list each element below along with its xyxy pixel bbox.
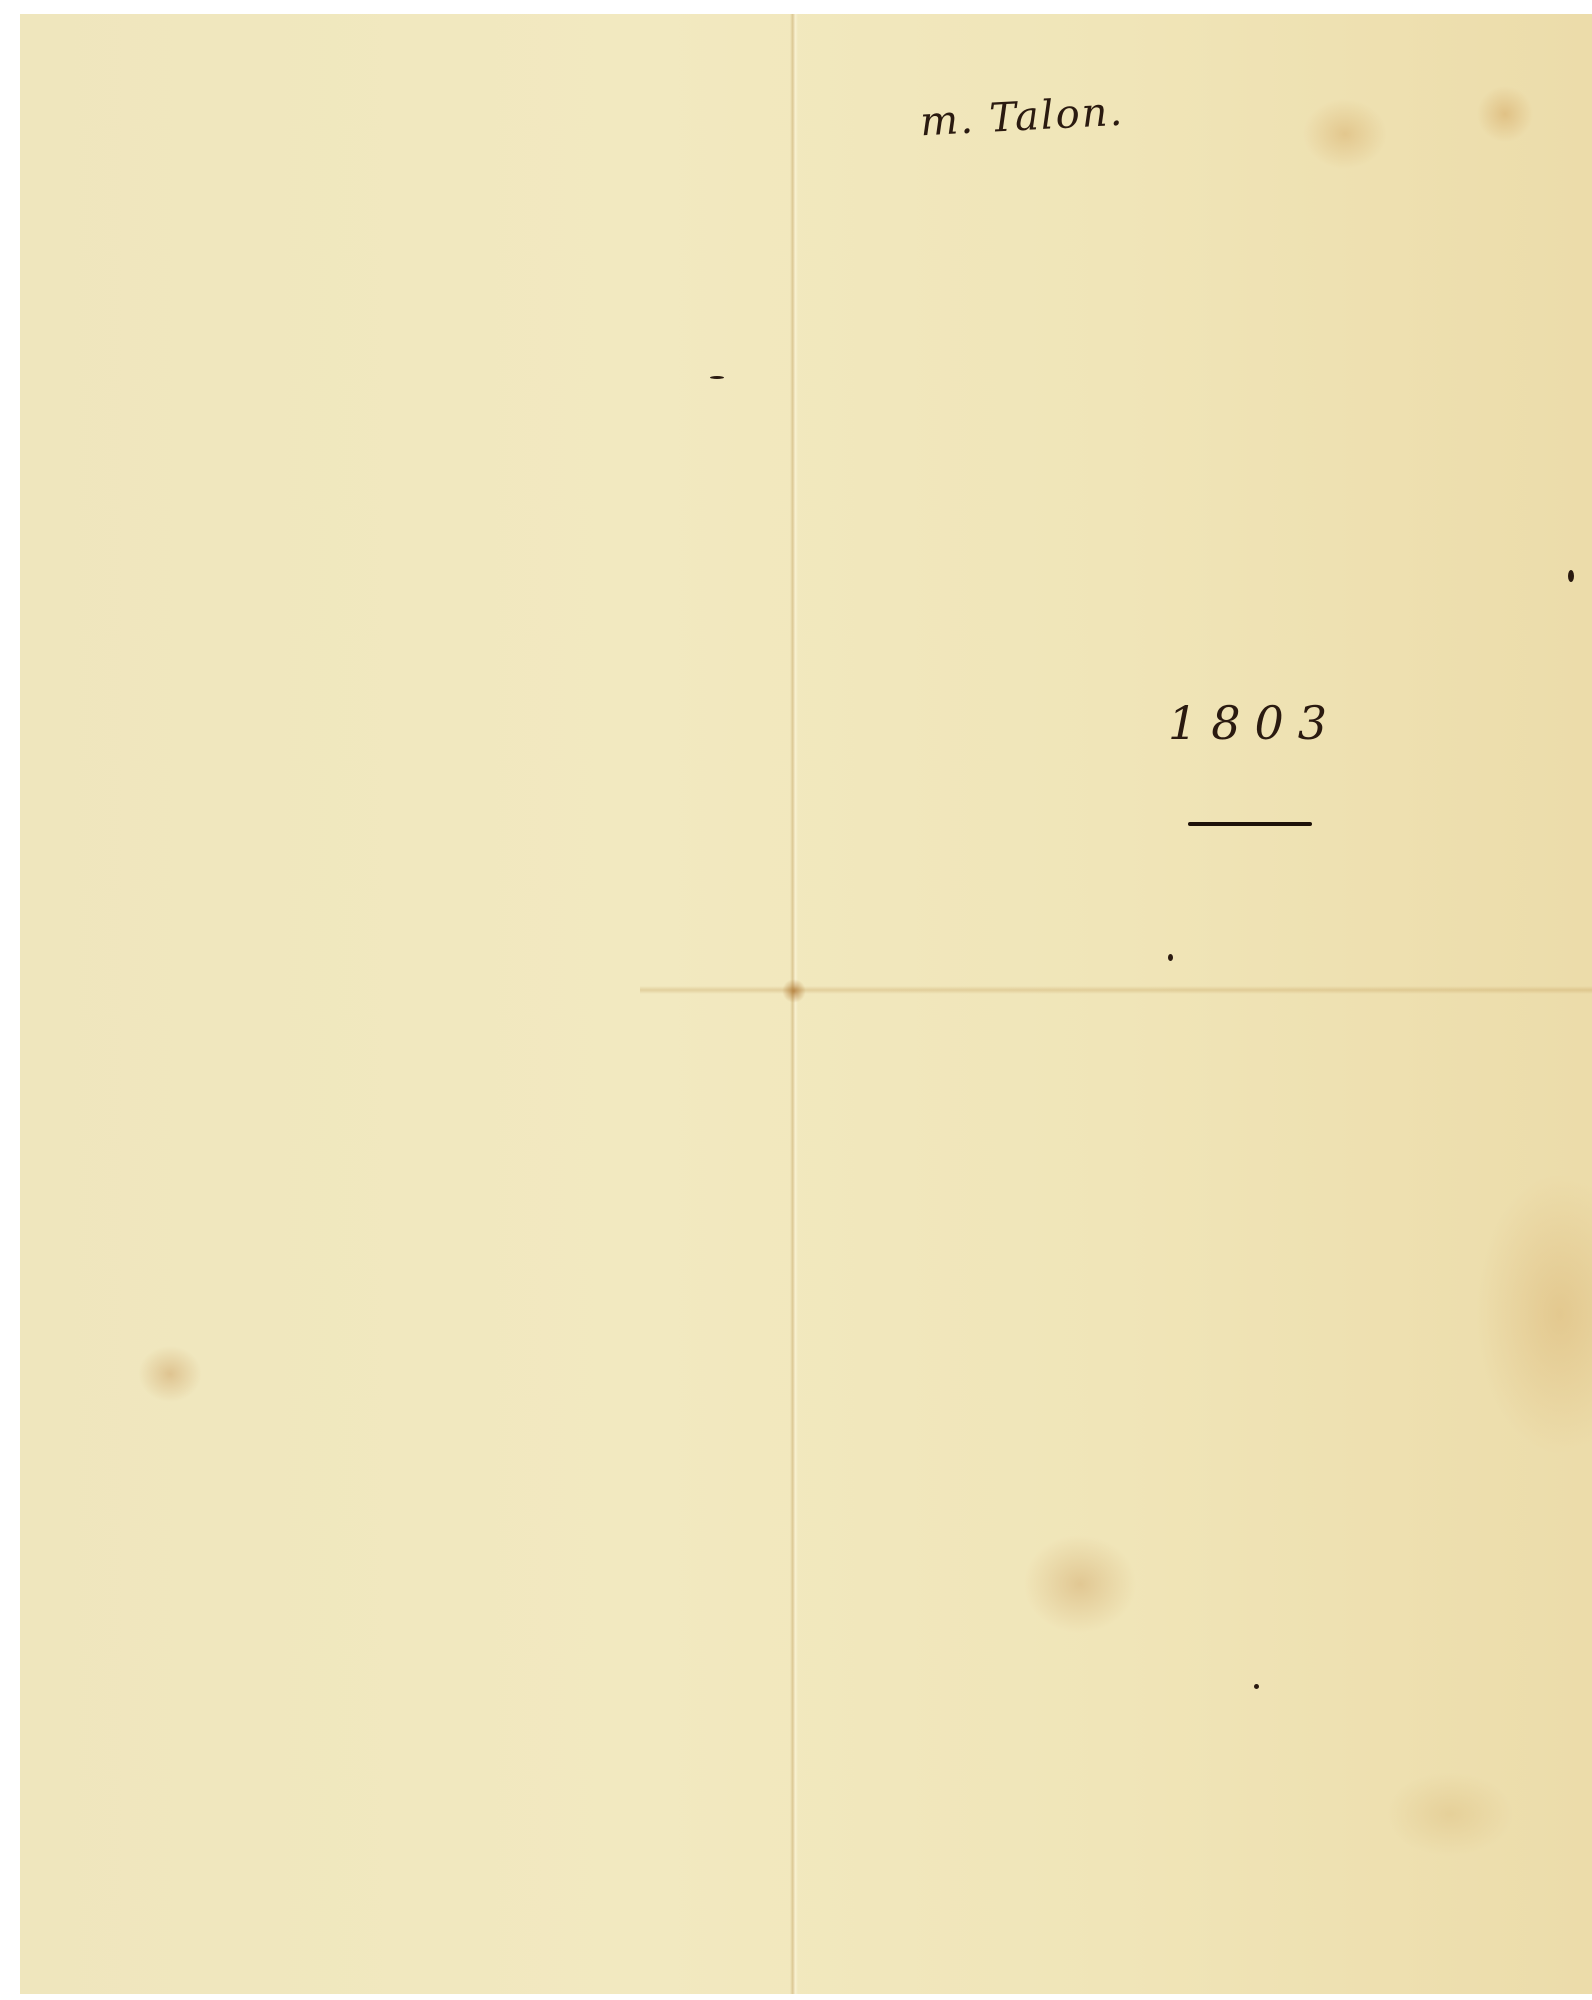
paper-sheet: m. Talon. 1803: [20, 14, 1592, 1994]
year-inscription: 1803: [1168, 696, 1341, 750]
fold-stain: [782, 979, 806, 1003]
addressee-inscription: m. Talon.: [919, 89, 1125, 146]
ink-speck: [1254, 1684, 1259, 1689]
ink-speck: [1168, 954, 1173, 961]
year-underline: [1188, 822, 1312, 826]
ink-speck: [1568, 570, 1574, 582]
vertical-fold-line: [790, 14, 798, 1994]
ink-speck: [710, 376, 724, 379]
